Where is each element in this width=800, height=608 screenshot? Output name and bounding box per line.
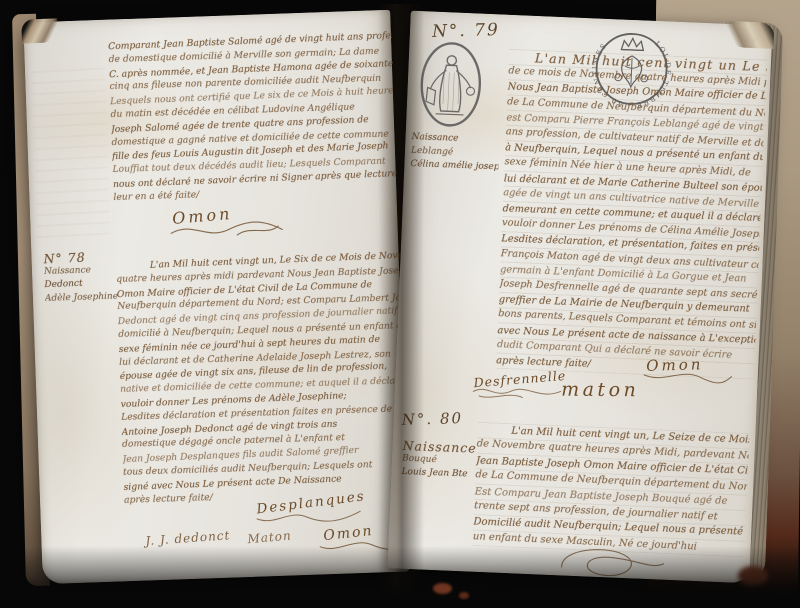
entry-number-80: N°. 80 bbox=[402, 409, 464, 429]
wax-stain bbox=[459, 592, 469, 599]
birth-act-80-text: L'an Mil huit cent vingt un, Le Seize de… bbox=[472, 422, 749, 557]
wax-stain bbox=[433, 583, 452, 594]
signature-maton-left: Maton bbox=[247, 528, 292, 546]
photo-scene: Comparant Jean Baptiste Salomé agé de vi… bbox=[0, 0, 800, 608]
signature-maton: maton bbox=[561, 379, 639, 402]
margin-note-entry-79: NaissanceLeblangéCélina amélie joseph bbox=[410, 131, 500, 179]
left-page: Comparant Jean Baptiste Salomé agé de vi… bbox=[23, 10, 409, 584]
birth-act-79-text: L'an Mil huit cent vingt un Le Seizede c… bbox=[496, 49, 767, 380]
oval-figure-stamp-icon bbox=[414, 37, 488, 132]
ink-bleed-through bbox=[31, 60, 111, 242]
page-corner-curl bbox=[21, 18, 58, 43]
ink-flourish-doodle bbox=[555, 541, 669, 590]
right-page: 59 N°. 79 50 CENTIMES bbox=[387, 11, 772, 584]
birth-act-78-text: L'an Mil huit cent vingt un, Le Six de c… bbox=[116, 250, 409, 510]
signature-flourish bbox=[641, 367, 734, 387]
left-entry-continuation-text: Comparant Jean Baptiste Salomé agé de vi… bbox=[108, 30, 398, 208]
signature-flourish bbox=[166, 218, 287, 242]
page-corner-fold bbox=[726, 21, 775, 49]
cover-stain bbox=[738, 566, 768, 586]
handwritten-line: Célina amélie joseph bbox=[410, 158, 498, 175]
signature-dedonct: J. J. dedonct bbox=[145, 528, 231, 548]
signature-flourish bbox=[254, 505, 365, 527]
signature-flourish bbox=[469, 381, 566, 403]
